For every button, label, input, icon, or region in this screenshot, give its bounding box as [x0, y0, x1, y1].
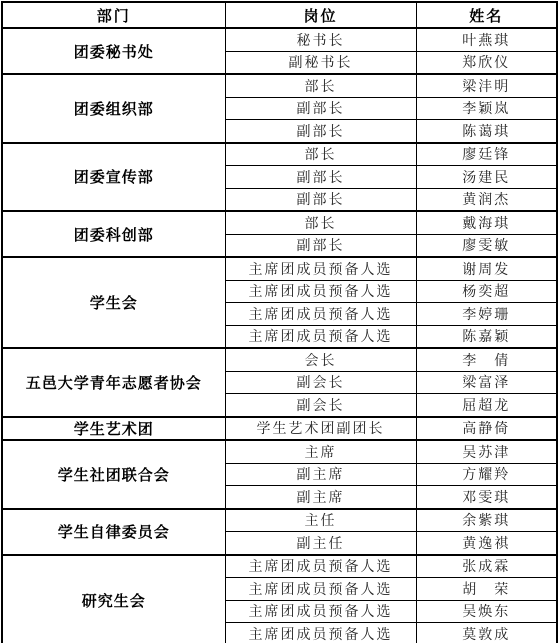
- position-cell: 主席团成员预备人选: [225, 280, 416, 303]
- table-row: 团委宣传部部长廖廷锋: [2, 143, 557, 166]
- department-cell: 团委组织部: [2, 74, 225, 143]
- name-cell: 廖雯敏: [416, 234, 557, 257]
- header-position: 岗位: [225, 2, 416, 28]
- position-cell: 秘书长: [225, 28, 416, 51]
- position-cell: 部长: [225, 74, 416, 97]
- name-cell: 汤建民: [416, 166, 557, 189]
- name-cell: 张成霖: [416, 555, 557, 578]
- position-cell: 部长: [225, 211, 416, 234]
- position-cell: 主席团成员预备人选: [225, 600, 416, 623]
- position-cell: 主席团成员预备人选: [225, 257, 416, 280]
- position-cell: 主席团成员预备人选: [225, 578, 416, 601]
- table-row: 学生艺术团学生艺术团副团长高静倚: [2, 417, 557, 441]
- name-cell: 李 倩: [416, 348, 557, 371]
- name-cell: 叶燕琪: [416, 28, 557, 51]
- name-cell: 谢周发: [416, 257, 557, 280]
- name-cell: 李颖岚: [416, 97, 557, 120]
- header-department: 部门: [2, 2, 225, 28]
- table-row: 团委科创部部长戴海琪: [2, 211, 557, 234]
- table-row: 五邑大学青年志愿者协会会长李 倩: [2, 348, 557, 371]
- name-cell: 陈嘉颖: [416, 325, 557, 348]
- name-cell: 李婷珊: [416, 303, 557, 326]
- position-cell: 副会长: [225, 371, 416, 394]
- department-cell: 五邑大学青年志愿者协会: [2, 348, 225, 417]
- department-cell: 研究生会: [2, 555, 225, 643]
- position-cell: 副主席: [225, 486, 416, 509]
- position-cell: 主席团成员预备人选: [225, 623, 416, 643]
- department-cell: 学生艺术团: [2, 417, 225, 441]
- table-row: 学生会主席团成员预备人选谢周发: [2, 257, 557, 280]
- position-cell: 副部长: [225, 97, 416, 120]
- position-cell: 副主席: [225, 463, 416, 486]
- position-cell: 副部长: [225, 120, 416, 143]
- position-cell: 主席团成员预备人选: [225, 325, 416, 348]
- table-row: 研究生会主席团成员预备人选张成霖: [2, 555, 557, 578]
- name-cell: 戴海琪: [416, 211, 557, 234]
- org-structure-table: 部门 岗位 姓名 团委秘书处秘书长叶燕琪副秘书长郑欣仪团委组织部部长梁沣明副部长…: [1, 1, 558, 643]
- name-cell: 黄润杰: [416, 188, 557, 211]
- name-cell: 余紫琪: [416, 509, 557, 532]
- position-cell: 部长: [225, 143, 416, 166]
- header-row: 部门 岗位 姓名: [2, 2, 557, 28]
- position-cell: 学生艺术团副团长: [225, 417, 416, 441]
- name-cell: 廖廷锋: [416, 143, 557, 166]
- name-cell: 屈超龙: [416, 394, 557, 417]
- name-cell: 陈蔼琪: [416, 120, 557, 143]
- position-cell: 主任: [225, 509, 416, 532]
- name-cell: 莫敦成: [416, 623, 557, 643]
- name-cell: 梁沣明: [416, 74, 557, 97]
- department-cell: 学生会: [2, 257, 225, 348]
- position-cell: 副部长: [225, 166, 416, 189]
- position-cell: 主席团成员预备人选: [225, 303, 416, 326]
- name-cell: 黄逸祺: [416, 532, 557, 555]
- table-row: 团委组织部部长梁沣明: [2, 74, 557, 97]
- department-cell: 团委宣传部: [2, 143, 225, 212]
- header-name: 姓名: [416, 2, 557, 28]
- name-cell: 高静倚: [416, 417, 557, 441]
- department-cell: 学生社团联合会: [2, 440, 225, 509]
- name-cell: 方耀羚: [416, 463, 557, 486]
- name-cell: 胡 荣: [416, 578, 557, 601]
- position-cell: 副部长: [225, 188, 416, 211]
- department-cell: 团委秘书处: [2, 28, 225, 74]
- name-cell: 郑欣仪: [416, 51, 557, 74]
- table-row: 团委秘书处秘书长叶燕琪: [2, 28, 557, 51]
- position-cell: 副主任: [225, 532, 416, 555]
- table-row: 学生自律委员会主任余紫琪: [2, 509, 557, 532]
- table-row: 学生社团联合会主席吴苏津: [2, 440, 557, 463]
- position-cell: 主席团成员预备人选: [225, 555, 416, 578]
- position-cell: 副部长: [225, 234, 416, 257]
- position-cell: 会长: [225, 348, 416, 371]
- name-cell: 吴苏津: [416, 440, 557, 463]
- name-cell: 梁富泽: [416, 371, 557, 394]
- position-cell: 副会长: [225, 394, 416, 417]
- name-cell: 杨奕超: [416, 280, 557, 303]
- department-cell: 学生自律委员会: [2, 509, 225, 555]
- name-cell: 邓雯琪: [416, 486, 557, 509]
- name-cell: 吴焕东: [416, 600, 557, 623]
- department-cell: 团委科创部: [2, 211, 225, 257]
- position-cell: 副秘书长: [225, 51, 416, 74]
- position-cell: 主席: [225, 440, 416, 463]
